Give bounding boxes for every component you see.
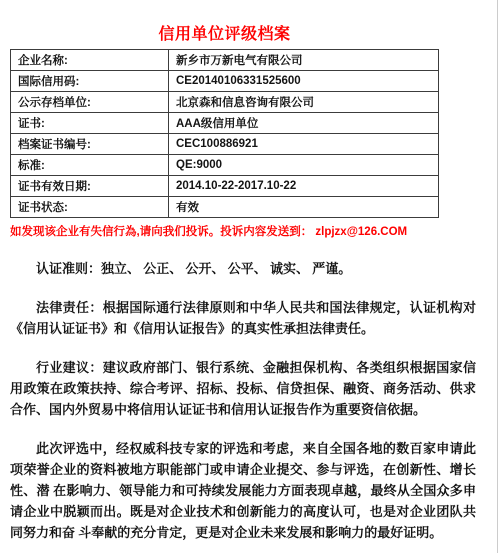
row-label: 国际信用码: bbox=[11, 71, 169, 92]
table-row-certificate-status: 证书状态: 有效 bbox=[11, 197, 439, 218]
row-value: CEC100886921 bbox=[169, 134, 439, 155]
row-value: 新乡市万新电气有限公司 bbox=[169, 50, 439, 71]
row-label: 证书: bbox=[11, 113, 169, 134]
table-row-international-credit-code: 国际信用码: CE20140106331525600 bbox=[11, 71, 439, 92]
table-row-validity-date: 证书有效日期: 2014.10-22-2017.10-22 bbox=[11, 176, 439, 197]
row-value: QE:9000 bbox=[169, 155, 439, 176]
row-label: 证书状态: bbox=[11, 197, 169, 218]
row-value: CE20140106331525600 bbox=[169, 71, 439, 92]
row-label: 档案证书编号: bbox=[11, 134, 169, 155]
row-label: 企业名称: bbox=[11, 50, 169, 71]
row-value: 有效 bbox=[169, 197, 439, 218]
row-label: 公示存档单位: bbox=[11, 92, 169, 113]
paragraph-certification-principles: 认证准则：独立、 公正、 公开、 公平、 诚实、 严谨。 bbox=[10, 258, 476, 279]
paragraph-legal-responsibility: 法律责任：根据国际通行法律原则和中华人民共和国法律规定，认证机构对《信用认证证书… bbox=[10, 297, 476, 339]
table-row-archive-unit: 公示存档单位: 北京森和信息咨询有限公司 bbox=[11, 92, 439, 113]
row-value: 北京森和信息咨询有限公司 bbox=[169, 92, 439, 113]
table-row-certificate-number: 档案证书编号: CEC100886921 bbox=[11, 134, 439, 155]
page-right-edge-line bbox=[497, 0, 498, 553]
paragraphs-section: 认证准则：独立、 公正、 公开、 公平、 诚实、 严谨。 法律责任：根据国际通行… bbox=[10, 258, 476, 543]
page-title: 信用单位评级档案 bbox=[10, 21, 439, 44]
paragraph-selection-description: 此次评选中，经权威科技专家的评选和考虑，来自全国各地的数百家申请此项荣誉企业的资… bbox=[10, 438, 476, 543]
credit-info-table: 企业名称: 新乡市万新电气有限公司 国际信用码: CE2014010633152… bbox=[10, 49, 439, 218]
table-row-company-name: 企业名称: 新乡市万新电气有限公司 bbox=[11, 50, 439, 71]
row-label: 证书有效日期: bbox=[11, 176, 169, 197]
table-row-standard: 标准: QE:9000 bbox=[11, 155, 439, 176]
row-value: 2014.10-22-2017.10-22 bbox=[169, 176, 439, 197]
row-label: 标准: bbox=[11, 155, 169, 176]
table-row-certificate: 证书: AAA级信用单位 bbox=[11, 113, 439, 134]
paragraph-industry-advice: 行业建议：建议政府部门、银行系统、金融担保机构、各类组织根据国家信用政策在政策扶… bbox=[10, 357, 476, 420]
complaint-notice: 如发现该企业有失信行為,请向我们投诉。投诉内容发送到： zlpjzx@126.C… bbox=[10, 223, 490, 239]
row-value: AAA级信用单位 bbox=[169, 113, 439, 134]
credit-rating-document: 信用单位评级档案 企业名称: 新乡市万新电气有限公司 国际信用码: CE2014… bbox=[10, 0, 490, 553]
